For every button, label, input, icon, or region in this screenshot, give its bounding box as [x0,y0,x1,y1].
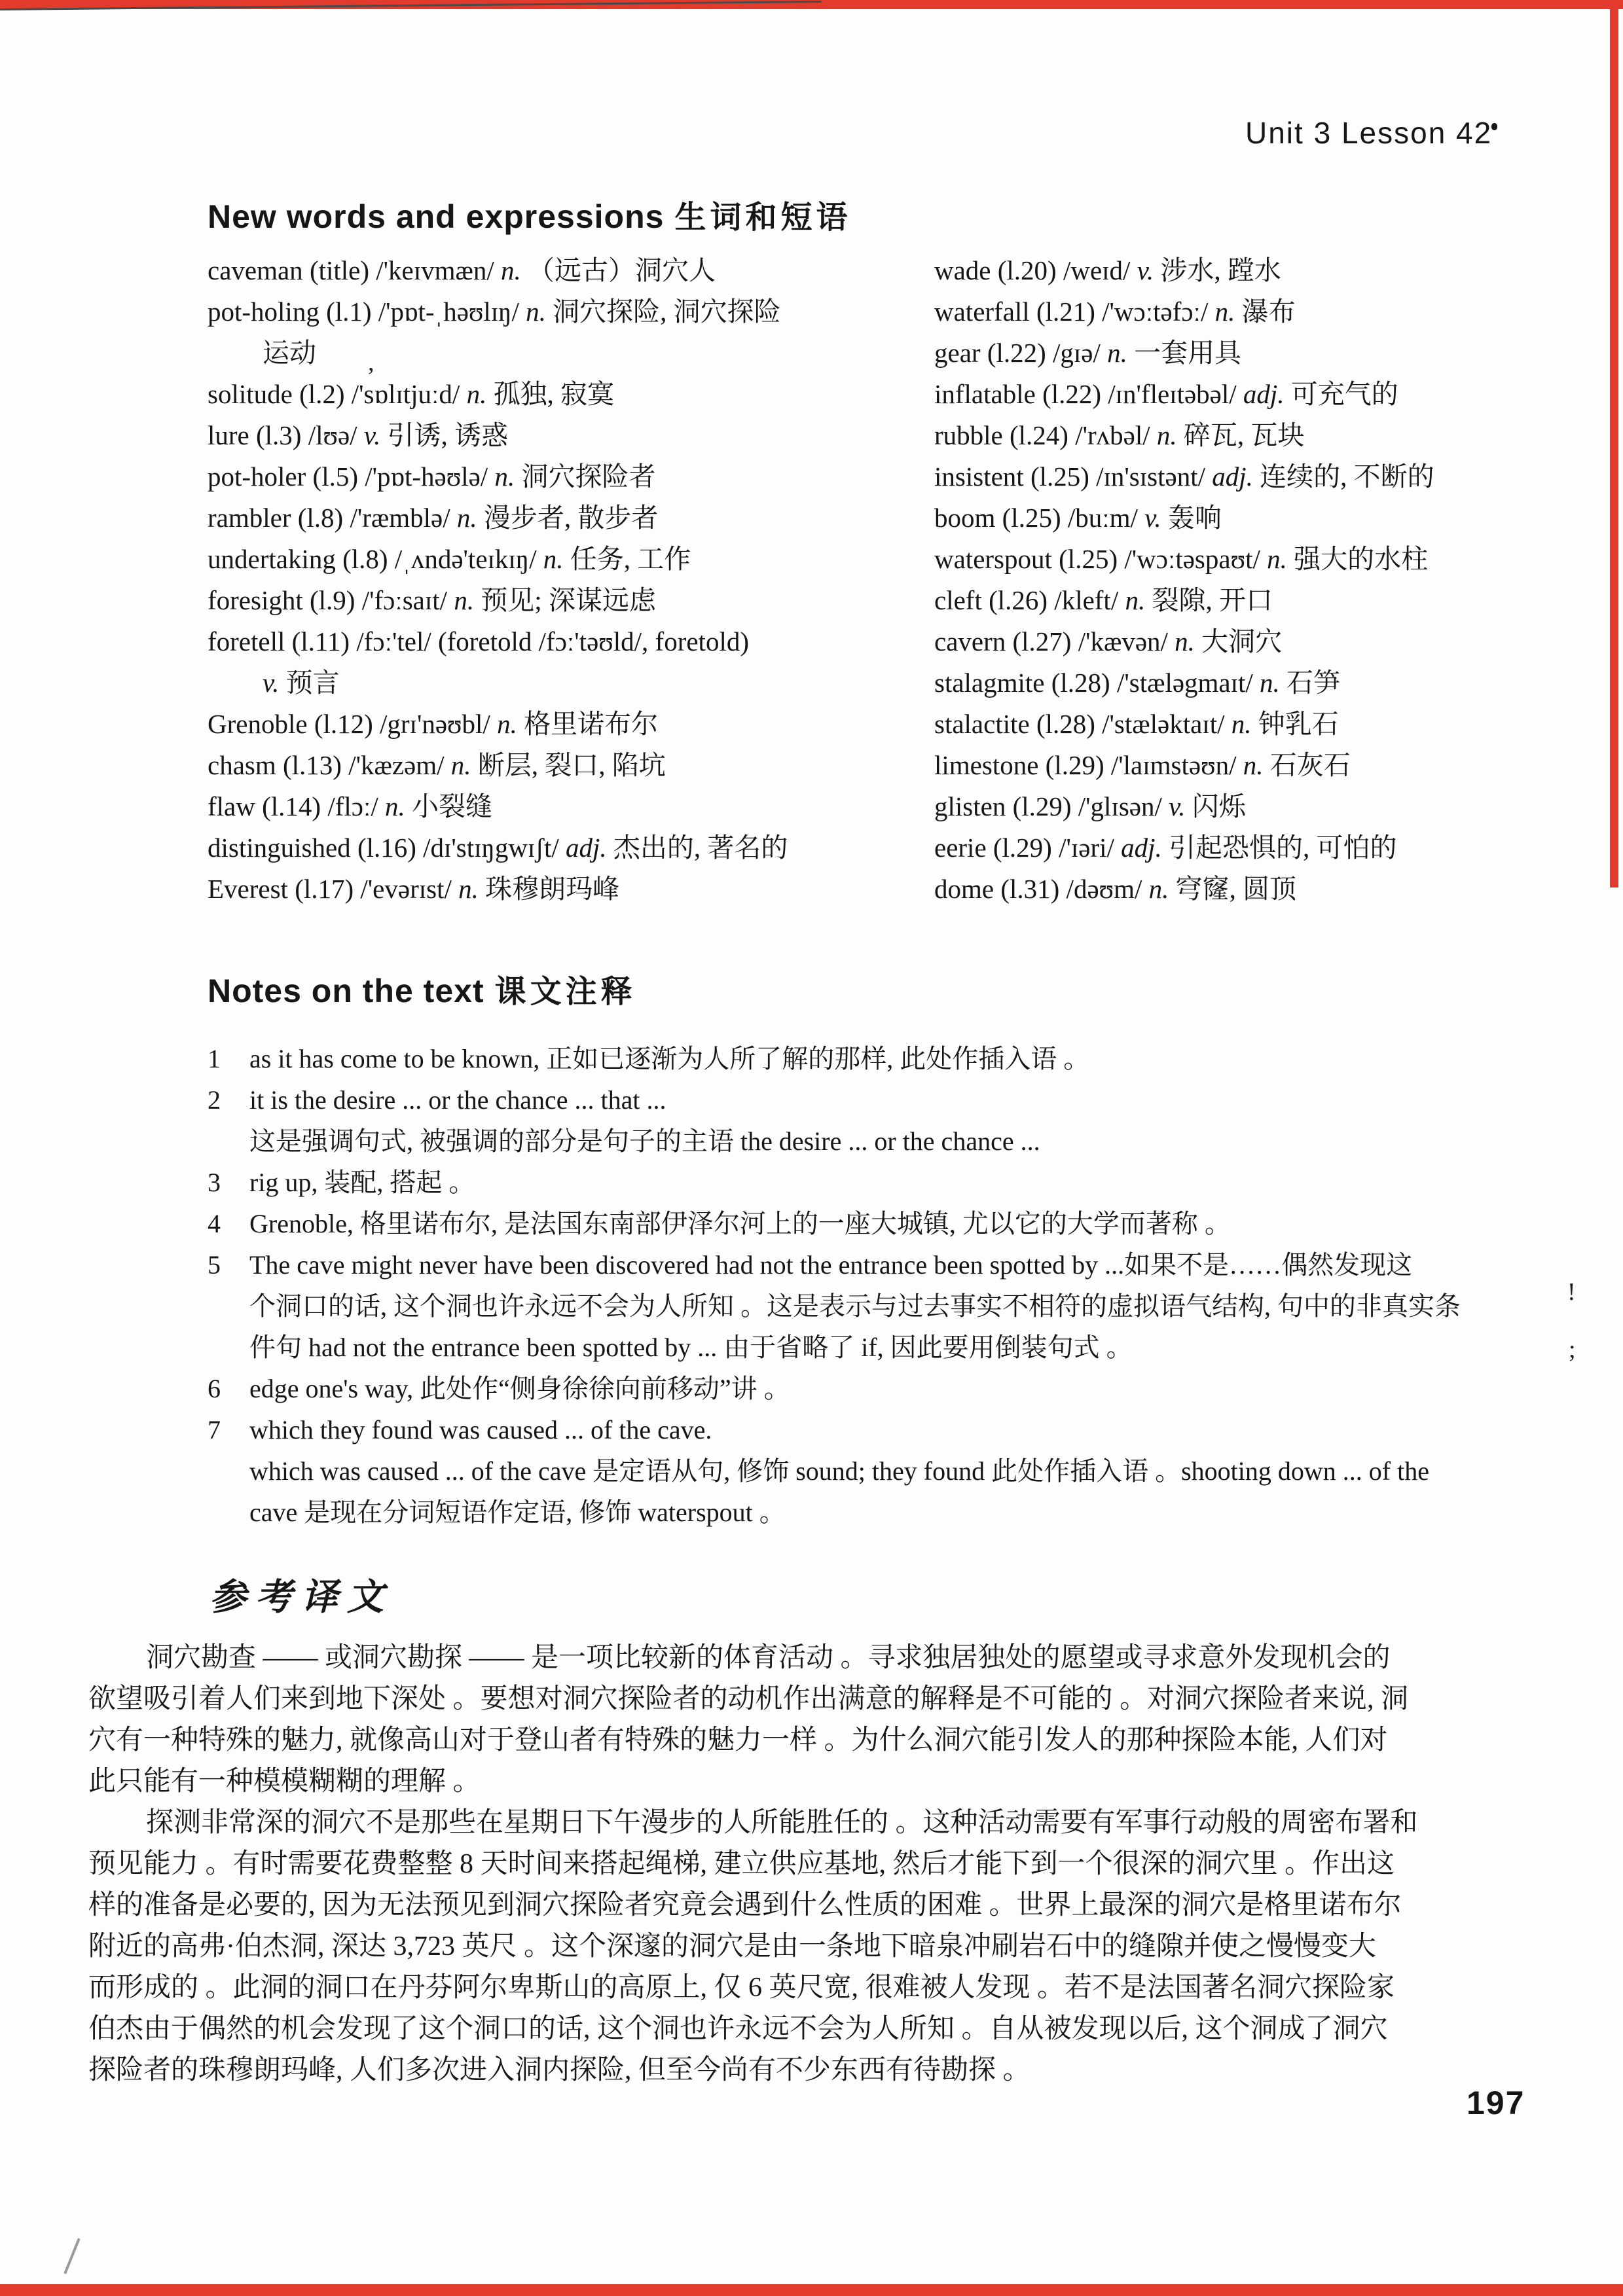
vocab-word: Everest [208,874,288,904]
vocab-word: waterspout [934,544,1052,574]
notes-list: 1 as it has come to be known, 正如已逐渐为人所了解… [208,1038,1555,1533]
vocab-entry: pot-holer (l.5) /'pɒt-həʊlə/ n. 洞穴探险者 [208,456,939,497]
red-border-right [1610,0,1618,888]
vocab-phonetic: /'ɪəri/ [1059,833,1114,863]
vocab-pos: n. [1149,874,1169,904]
vocab-entry: Everest (l.17) /'evərɪst/ n. 珠穆朗玛峰 [208,869,939,910]
vocab-phonetic: /dɪ'stɪŋgwɪʃt/ [423,833,559,863]
vocab-word: boom [934,503,995,533]
vocab-entry: solitude (l.2) /'sɒlɪtjuːd/ n. 孤独, 寂寞 [208,374,939,415]
note-number: 5 [208,1244,249,1368]
translation-line: 穴有一种特殊的魅力, 就像高山对于登山者有特殊的魅力一样 。为什么洞穴能引发人的… [88,1720,1548,1761]
vocab-phonetic: /dəʊm/ [1067,874,1142,904]
note-line: as it has come to be known, 正如已逐渐为人所了解的那… [249,1038,1555,1079]
note-line: The cave might never have been discovere… [249,1244,1555,1285]
vocab-line-ref: (l.28) [1051,668,1110,698]
vocab-word: inflatable [934,379,1036,409]
vocab-pos: adj. [1212,461,1253,492]
vocab-word: gear [934,338,981,368]
vocab-entry: insistent (l.25) /ɪn'sɪstənt/ adj. 连续的, … [934,456,1553,497]
scan-speck [1491,123,1497,130]
vocab-definition: 可充气的 [1291,379,1398,409]
vocab-pos: n. [1231,709,1252,739]
new-words-title-zh: 生词和短语 [674,200,851,235]
note-number: 7 [208,1409,249,1533]
vocab-pos: n. [458,874,479,904]
vocab-definition: 钟乳石 [1258,709,1339,739]
vocab-definition: 闪烁 [1192,791,1246,821]
new-words-title-en: New words and expressions [208,198,664,235]
vocab-entry: stalactite (l.28) /'stæləktaɪt/ n. 钟乳石 [934,704,1553,745]
vocab-word: pot-holing [208,296,319,327]
note-line: which was caused ... of the cave 是定语从句, … [249,1450,1555,1492]
vocab-definition: 洞穴探险者 [521,461,655,492]
translation-line: 附近的高弗·伯杰洞, 深达 3,723 英尺 。这个深邃的洞穴是由一条地下暗泉冲… [88,1926,1548,1967]
new-words-title: New words and expressions生词和短语 [208,192,851,237]
vocab-word: chasm [208,750,276,780]
vocab-phonetic: /'sɒlɪtjuːd/ [352,379,460,409]
vocab-line-ref: (title) [310,255,369,285]
vocab-phonetic: /flɔː/ [327,791,378,821]
note-body: Grenoble, 格里诺布尔, 是法国东南部伊泽尔河上的一座大城镇, 尤以它的… [249,1203,1555,1244]
vocab-phonetic: /kleft/ [1054,585,1118,615]
vocab-definition: 小裂缝 [412,791,492,821]
vocab-entry: flaw (l.14) /flɔː/ n. 小裂缝 [208,786,939,827]
vocab-definition: 漫步者, 散步者 [484,503,659,533]
vocab-pos: n. [1107,338,1127,368]
vocab-line-ref: (l.8) [342,544,388,574]
translation-line: 探险者的珠穆朗玛峰, 人们多次进入洞内探险, 但至今尚有不少东西有待勘探 。 [88,2050,1548,2091]
vocab-phonetic: /'stæləktaɪt/ [1102,709,1224,739]
vocab-phonetic: /'kævən/ [1078,626,1168,656]
vocab-line-ref: (l.5) [313,461,358,492]
vocab-entry: cleft (l.26) /kleft/ n. 裂隙, 开口 [934,580,1553,621]
vocab-phonetic: /'wɔːtəfɔː/ [1102,296,1208,327]
vocab-word: eerie [934,833,987,863]
vocab-definition: 任务, 工作 [570,544,691,574]
vocab-phonetic: /'glɪsən/ [1078,791,1162,821]
note-body: it is the desire ... or the chance ... t… [249,1079,1555,1162]
unit-lesson-header: Unit 3 Lesson 42 [1245,115,1492,151]
note-line: edge one's way, 此处作“侧身徐徐向前移动”讲 。 [249,1368,1555,1409]
note-body: edge one's way, 此处作“侧身徐徐向前移动”讲 。 [249,1368,1555,1409]
vocab-entry: limestone (l.29) /'laɪmstəʊn/ n. 石灰石 [934,745,1553,786]
note-item: 2 it is the desire ... or the chance ...… [208,1079,1555,1162]
note-number: 1 [208,1038,249,1079]
vocab-pos: n. [385,791,405,821]
note-line: 件句 had not the entrance been spotted by … [249,1327,1555,1368]
vocab-definition: 杰出的, 著名的 [613,833,788,863]
vocab-line-ref: (l.29) [993,833,1052,863]
page-number: 197 [1467,2084,1525,2122]
vocab-line-ref: (l.28) [1036,709,1095,739]
translation-line: 而形成的 。此洞的洞口在丹芬阿尔卑斯山的高原上, 仅 6 英尺宽, 很难被人发现… [88,1967,1548,2009]
vocab-word: rubble [934,420,1003,450]
vocab-phonetic: /fɔː'tel/ (foretold /fɔː'təʊld/, foretol… [356,626,749,656]
vocab-definition: 涉水, 蹚水 [1160,255,1281,285]
vocab-line-ref: (l.26) [989,585,1048,615]
note-item: 7 which they found was caused ... of the… [208,1409,1555,1533]
note-line: 个洞口的话, 这个洞也许永远不会为人所知 。这是表示与过去事实不相符的虚拟语气结… [249,1285,1555,1327]
vocab-entry: glisten (l.29) /'glɪsən/ v. 闪烁 [934,786,1553,827]
vocab-line-ref: (l.21) [1036,296,1095,327]
vocab-pos: v. [1169,791,1185,821]
vocab-phonetic: /'stæləgmaɪt/ [1117,668,1253,698]
note-item: 3 rig up, 装配, 搭起 。 [208,1162,1555,1203]
vocab-word: stalactite [934,709,1030,739]
vocab-pos: n. [1260,668,1280,698]
note-item: 4 Grenoble, 格里诺布尔, 是法国东南部伊泽尔河上的一座大城镇, 尤以… [208,1203,1555,1244]
vocab-phonetic: /'laɪmstəʊn/ [1111,750,1237,780]
stray-semicolon-mark: ; [1569,1335,1576,1364]
vocab-pos: n. [457,503,477,533]
vocab-line-ref: (l.27) [1013,626,1072,656]
note-number: 2 [208,1079,249,1162]
vocab-entry: foretell (l.11) /fɔː'tel/ (foretold /fɔː… [208,621,939,704]
textbook-page: , ! ; Unit 3 Lesson 42 New words and exp… [0,0,1623,2296]
vocab-phonetic: /ɪn'fleɪtəbəl/ [1108,379,1236,409]
vocab-phonetic: /'rʌbəl/ [1075,420,1150,450]
vocab-entry: rubble (l.24) /'rʌbəl/ n. 碎瓦, 瓦块 [934,415,1553,456]
red-border-bottom [0,2284,1623,2296]
vocab-line-ref: (l.17) [295,874,354,904]
vocab-definition: 强大的水柱 [1294,544,1428,574]
vocab-word: Grenoble [208,709,308,739]
vocab-pos: n. [454,585,474,615]
vocab-phonetic: /gɪə/ [1053,338,1101,368]
vocab-definition: 预见; 深谋远虑 [481,585,656,615]
vocab-definition: 断层, 裂口, 陷坑 [478,750,666,780]
notes-title: Notes on the text课文注释 [208,966,636,1011]
note-line: which they found was caused ... of the c… [249,1409,1555,1450]
vocab-definition: 轰响 [1168,503,1222,533]
note-number: 3 [208,1162,249,1203]
vocab-entry: foresight (l.9) /'fɔːsaɪt/ n. 预见; 深谋远虑 [208,580,939,621]
translation-line: 预见能力 。有时需要花费整整 8 天时间来搭起绳梯, 建立供应基地, 然后才能下… [88,1844,1548,1885]
vocab-word: limestone [934,750,1038,780]
vocab-phonetic: /grɪ'nəʊbl/ [380,709,490,739]
vocab-entry: undertaking (l.8) /ˌʌndə'teɪkɪŋ/ n. 任务, … [208,539,939,580]
note-body: which they found was caused ... of the c… [249,1409,1555,1533]
vocab-pos: n. [1243,750,1264,780]
vocab-entry: gear (l.22) /gɪə/ n. 一套用具 [934,332,1553,374]
translation-line: 此只能有一种模模糊糊的理解 。 [88,1761,1548,1803]
vocab-phonetic: /weɪd/ [1063,255,1130,285]
vocab-pos: v. [263,668,279,698]
note-item: 6 edge one's way, 此处作“侧身徐徐向前移动”讲 。 [208,1368,1555,1409]
note-line: rig up, 装配, 搭起 。 [249,1162,1555,1203]
vocab-word: caveman [208,255,303,285]
vocab-word: lure [208,420,249,450]
translation-line: 欲望吸引着人们来到地下深处 。要想对洞穴探险者的动机作出满意的解释是不可能的 。… [88,1679,1548,1720]
vocab-phonetic: /'keɪvmæn/ [376,255,494,285]
vocab-pos: adj. [566,833,607,863]
vocab-entry: wade (l.20) /weɪd/ v. 涉水, 蹚水 [934,250,1553,291]
vocab-phonetic: /'pɒt-ˌhəʊlɪŋ/ [378,296,519,327]
vocab-pos: v. [364,420,380,450]
vocab-phonetic: /'wɔːtəspaʊt/ [1124,544,1260,574]
vocab-word: insistent [934,461,1024,492]
vocab-word: wade [934,255,991,285]
vocab-line-ref: (l.24) [1010,420,1068,450]
vocab-definition: 碎瓦, 瓦块 [1184,420,1305,450]
vocab-entry: Grenoble (l.12) /grɪ'nəʊbl/ n. 格里诺布尔 [208,704,939,745]
vocab-definition: 预言 [279,668,339,698]
vocab-line-ref: (l.1) [326,296,371,327]
vocab-definition: 格里诺布尔 [524,709,658,739]
vocab-definition: 连续的, 不断的 [1260,461,1434,492]
vocab-pos: n. [1215,296,1235,327]
vocab-line-ref: (l.16) [357,833,416,863]
translation-body: 洞穴勘查 —— 或洞穴勘探 —— 是一项比较新的体育活动 。寻求独居独处的愿望或… [88,1638,1548,2091]
translation-line: 探测非常深的洞穴不是那些在星期日下午漫步的人所能胜任的 。这种活动需要有军事行动… [88,1803,1548,1844]
notes-title-en: Notes on the text [208,973,484,1009]
vocab-definition: 一套用具 [1134,338,1241,368]
vocab-entry: distinguished (l.16) /dɪ'stɪŋgwɪʃt/ adj.… [208,827,939,869]
vocab-column-left: caveman (title) /'keɪvmæn/ n. （远古）洞穴人 po… [208,250,939,910]
vocab-pos: n. [1175,626,1195,656]
vocab-entry: stalagmite (l.28) /'stæləgmaɪt/ n. 石笋 [934,662,1553,704]
vocab-phonetic: /ɪn'sɪstənt/ [1096,461,1205,492]
vocab-entry: inflatable (l.22) /ɪn'fleɪtəbəl/ adj. 可充… [934,374,1553,415]
note-body: rig up, 装配, 搭起 。 [249,1162,1555,1203]
vocab-entry: chasm (l.13) /'kæzəm/ n. 断层, 裂口, 陷坑 [208,745,939,786]
vocab-phonetic: /'ræmblə/ [350,503,450,533]
vocab-word: cavern [934,626,1006,656]
vocab-definition: 大洞穴 [1201,626,1282,656]
vocab-word: glisten [934,791,1006,821]
vocab-entry: waterspout (l.25) /'wɔːtəspaʊt/ n. 强大的水柱 [934,539,1553,580]
vocab-word: pot-holer [208,461,306,492]
vocab-word: rambler [208,503,291,533]
vocab-definition: 洞穴探险, 洞穴探险 [553,296,781,327]
note-number: 6 [208,1368,249,1409]
stray-exclamation-mark: ! [1567,1278,1576,1306]
translation-line: 洞穴勘查 —— 或洞穴勘探 —— 是一项比较新的体育活动 。寻求独居独处的愿望或… [88,1638,1548,1679]
vocab-entry: lure (l.3) /lʊə/ v. 引诱, 诱惑 [208,415,939,456]
vocab-line-ref: (l.13) [283,750,342,780]
vocab-entry: cavern (l.27) /'kævən/ n. 大洞穴 [934,621,1553,662]
vocab-definition: 引起恐惧的, 可怕的 [1169,833,1397,863]
vocab-word: solitude [208,379,293,409]
vocab-word: stalagmite [934,668,1045,698]
vocab-pos: n. [494,461,515,492]
vocab-definition: 珠穆朗玛峰 [485,874,619,904]
vocab-entry: pot-holing (l.1) /'pɒt-ˌhəʊlɪŋ/ n. 洞穴探险,… [208,291,939,374]
note-item: 1 as it has come to be known, 正如已逐渐为人所了解… [208,1038,1555,1079]
vocab-line-ref: (l.14) [262,791,321,821]
vocab-word: foresight [208,585,303,615]
vocab-definition: 穹窿, 圆顶 [1176,874,1297,904]
translation-title: 参考译文 [210,1568,393,1621]
vocab-phonetic: /'evərɪst/ [360,874,451,904]
note-item: 5 The cave might never have been discove… [208,1244,1555,1368]
vocab-phonetic: /ˌʌndə'teɪkɪŋ/ [395,544,537,574]
vocab-pos: n. [497,709,517,739]
translation-line: 伯杰由于偶然的机会发现了这个洞口的话, 这个洞也许永远不会为人所知 。自从被发现… [88,2009,1548,2050]
vocab-pos: n. [501,255,521,285]
scan-slash-mark [64,2238,80,2274]
vocab-entry: dome (l.31) /dəʊm/ n. 穹窿, 圆顶 [934,869,1553,910]
vocab-pos: adj. [1243,379,1285,409]
vocab-pos: n. [1267,544,1287,574]
vocab-pos: n. [1157,420,1177,450]
vocab-word: cleft [934,585,982,615]
vocab-word: distinguished [208,833,351,863]
vocab-word: foretell [208,626,285,656]
vocab-line-ref: (l.22) [1042,379,1101,409]
vocab-line-ref: (l.22) [987,338,1046,368]
vocab-definition: （远古）洞穴人 [528,255,716,285]
vocab-definition: 石灰石 [1270,750,1351,780]
vocab-word: flaw [208,791,255,821]
vocab-word: waterfall [934,296,1030,327]
note-body: The cave might never have been discovere… [249,1244,1555,1368]
vocab-entry: caveman (title) /'keɪvmæn/ n. （远古）洞穴人 [208,250,939,291]
vocab-phonetic: /buːm/ [1068,503,1138,533]
note-number: 4 [208,1203,249,1244]
vocab-line-ref: (l.8) [298,503,343,533]
vocab-line-ref: (l.25) [1030,461,1089,492]
note-line: it is the desire ... or the chance ... t… [249,1079,1555,1121]
vocab-word: dome [934,874,994,904]
vocab-pos: n. [451,750,471,780]
vocab-definition: 瀑布 [1242,296,1296,327]
note-line: Grenoble, 格里诺布尔, 是法国东南部伊泽尔河上的一座大城镇, 尤以它的… [249,1203,1555,1244]
note-line: cave 是现在分词短语作定语, 修饰 waterspout 。 [249,1492,1555,1533]
vocab-column-right: wade (l.20) /weɪd/ v. 涉水, 蹚水 waterfall (… [934,250,1553,910]
vocab-line-ref: (l.12) [314,709,373,739]
vocab-entry: waterfall (l.21) /'wɔːtəfɔː/ n. 瀑布 [934,291,1553,332]
notes-title-zh: 课文注释 [495,975,636,1009]
vocab-pos: n. [526,296,546,327]
vocab-pos: v. [1137,255,1154,285]
vocab-phonetic: /'kæzəm/ [348,750,444,780]
vocab-entry: rambler (l.8) /'ræmblə/ n. 漫步者, 散步者 [208,497,939,539]
vocab-line-ref: (l.9) [310,585,355,615]
vocab-line-ref: (l.29) [1013,791,1072,821]
vocab-line-ref: (l.20) [998,255,1057,285]
note-line: 这是强调句式, 被强调的部分是句子的主语 the desire ... or t… [249,1121,1555,1162]
vocab-line-ref: (l.25) [1002,503,1061,533]
vocab-line-ref: (l.2) [299,379,344,409]
vocab-pos: v. [1144,503,1161,533]
vocab-phonetic: /'pɒt-həʊlə/ [365,461,488,492]
vocab-line-ref: (l.29) [1046,750,1104,780]
vocab-word: undertaking [208,544,336,574]
vocab-line-ref: (l.11) [292,626,350,656]
vocab-definition: 引诱, 诱惑 [387,420,508,450]
vocab-phonetic: /lʊə/ [308,420,357,450]
vocab-entry: boom (l.25) /buːm/ v. 轰响 [934,497,1553,539]
vocab-line-ref: (l.31) [1000,874,1059,904]
vocab-line-ref: (l.25) [1059,544,1118,574]
vocab-pos: n. [467,379,487,409]
vocab-entry: eerie (l.29) /'ɪəri/ adj. 引起恐惧的, 可怕的 [934,827,1553,869]
vocab-pos: adj. [1121,833,1162,863]
note-body: as it has come to be known, 正如已逐渐为人所了解的那… [249,1038,1555,1079]
vocab-pos: n. [1125,585,1145,615]
vocab-phonetic: /'fɔːsaɪt/ [362,585,447,615]
vocab-definition: 裂隙, 开口 [1152,585,1273,615]
vocab-definition: 运动 [263,338,316,368]
vocab-pos: n. [543,544,564,574]
translation-line: 样的准备是必要的, 因为无法预见到洞穴探险者究竟会遇到什么性质的困难 。世界上最… [88,1885,1548,1926]
vocab-line-ref: (l.3) [256,420,301,450]
vocab-definition: 孤独, 寂寞 [494,379,615,409]
vocab-definition: 石笋 [1286,668,1340,698]
